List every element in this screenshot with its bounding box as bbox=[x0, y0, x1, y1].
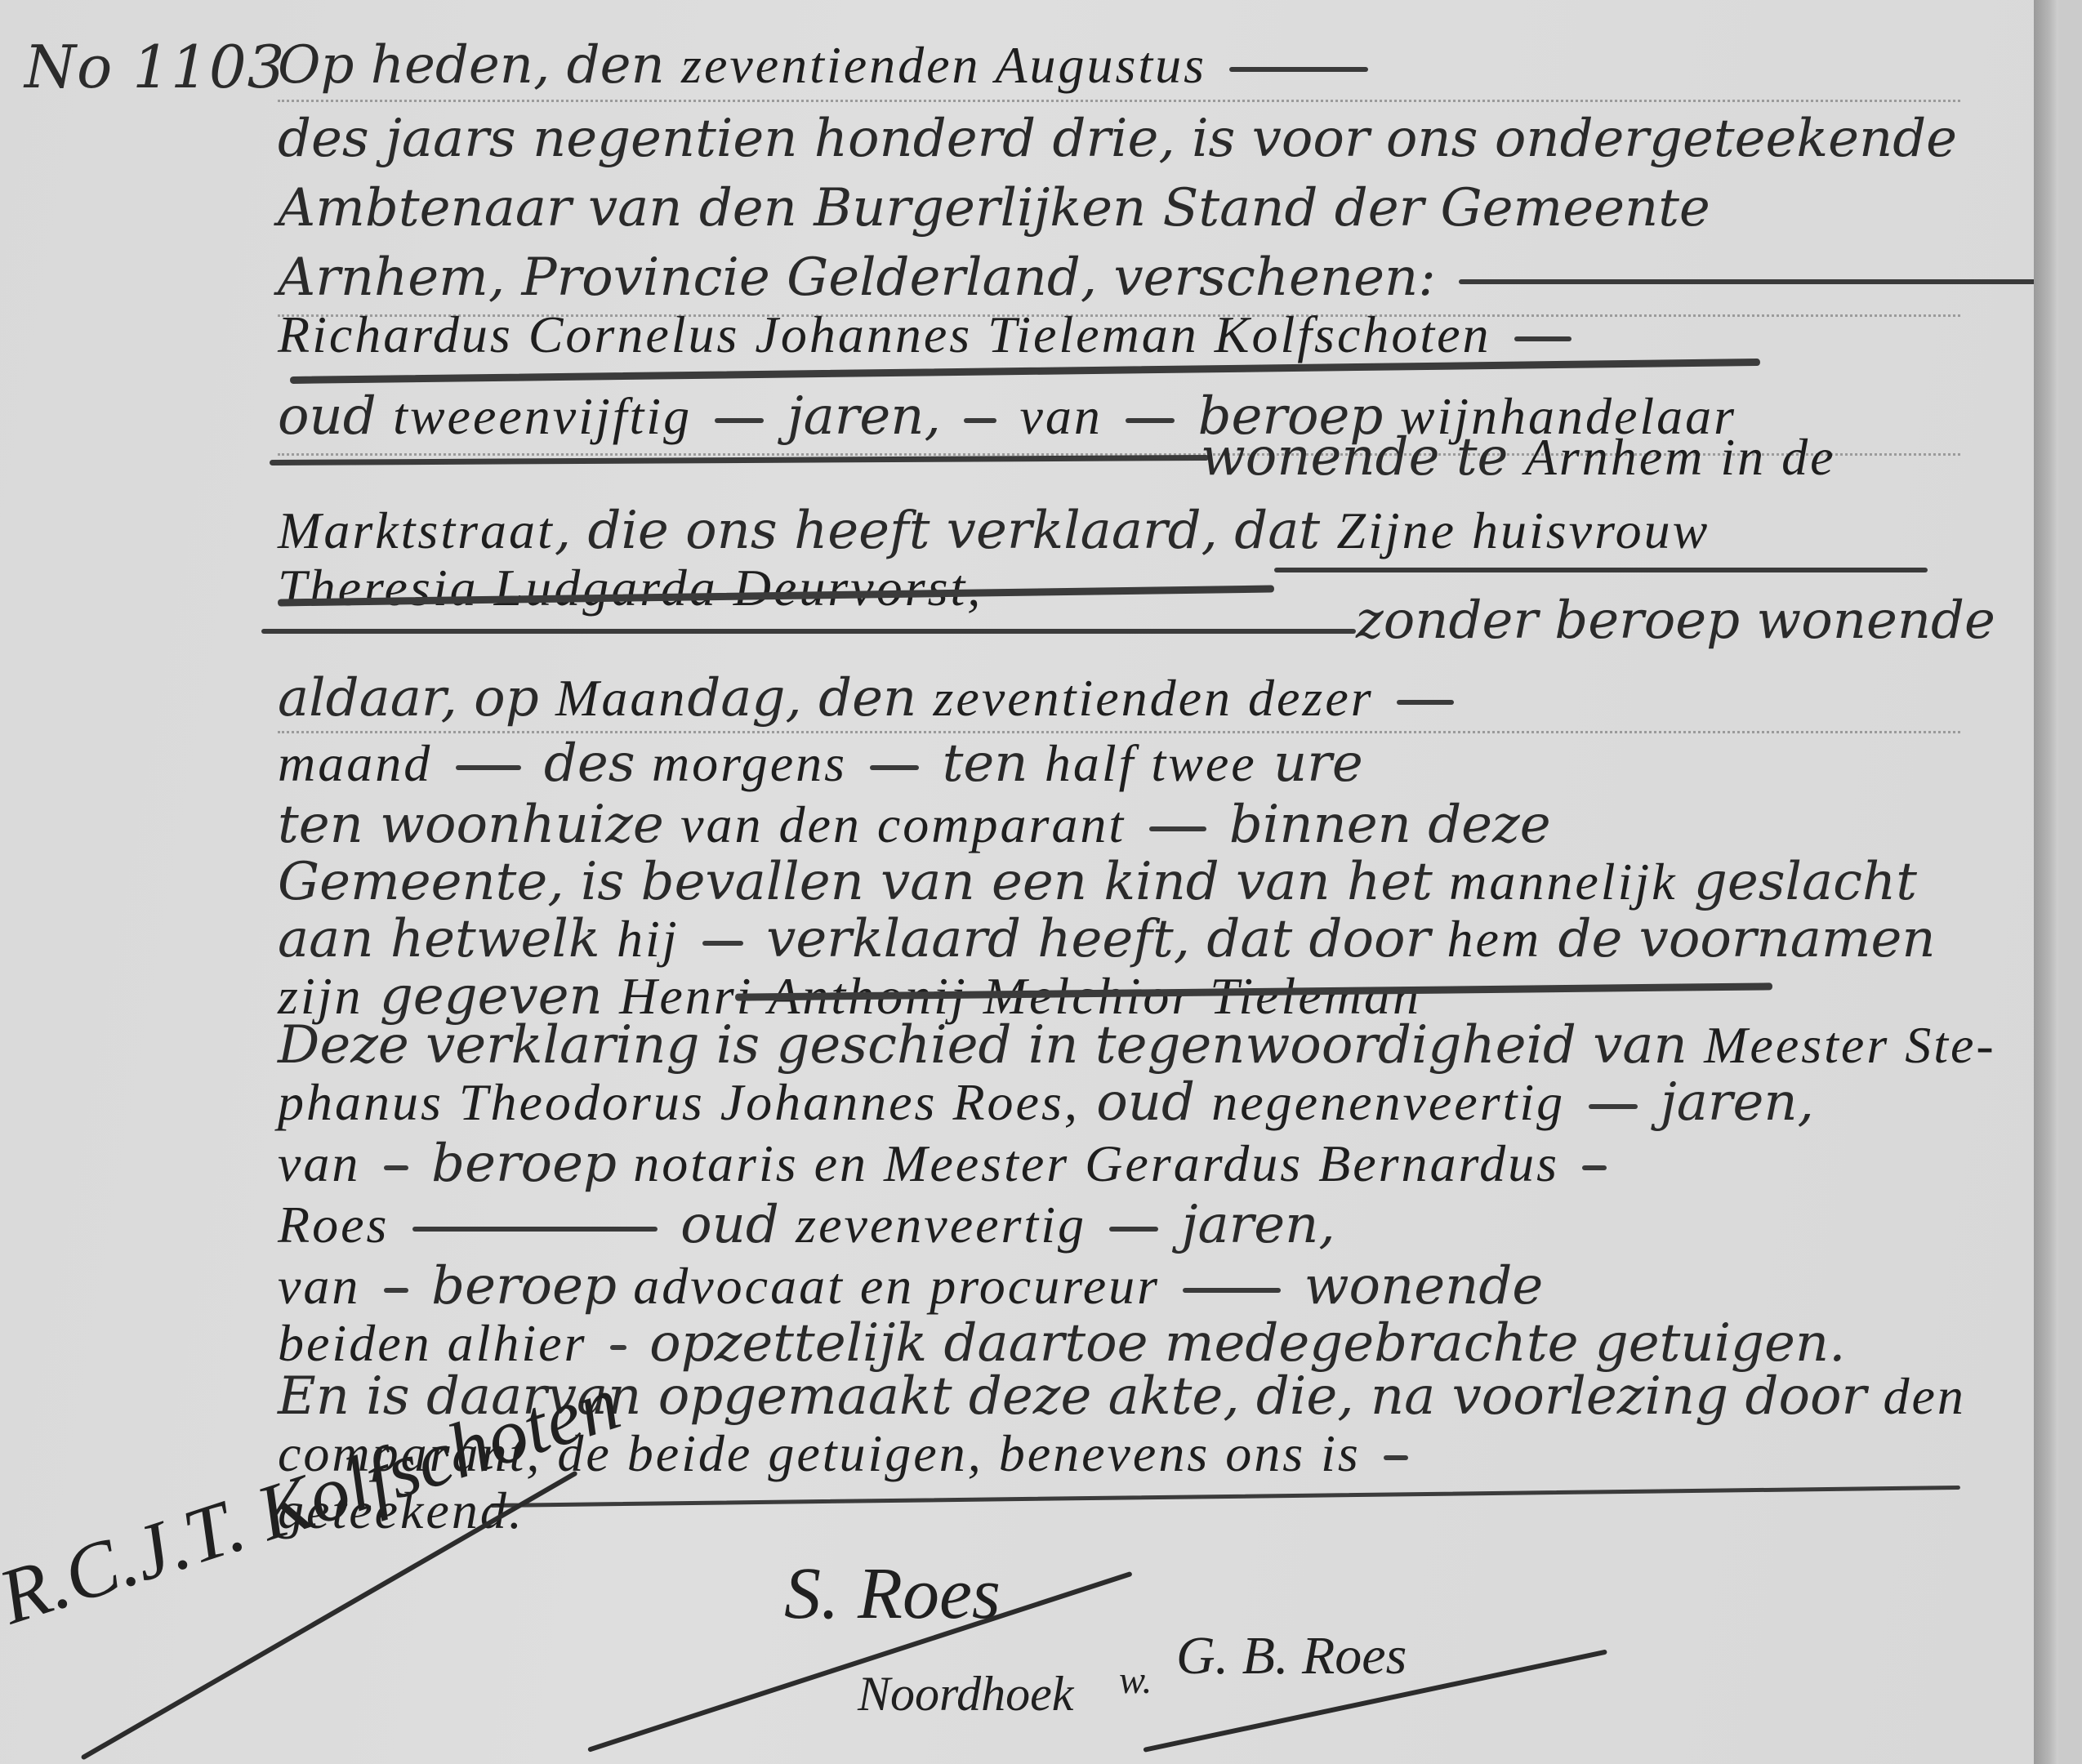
signature-registrar: Noordhoek bbox=[858, 1666, 1073, 1722]
text-line-4: Arnhem, Provincie Gelderland, verschenen… bbox=[278, 245, 1960, 310]
birth-date: zeventienden dezer bbox=[934, 669, 1374, 727]
text-line-14: Gemeente, is bevallen van een kind van h… bbox=[278, 849, 1960, 915]
fill-rule bbox=[870, 765, 919, 770]
register-page: No 1103 Op heden, den zeventienden Augus… bbox=[0, 0, 2034, 1764]
record-number: No 1103 bbox=[25, 33, 285, 101]
printed-text: Gemeente, is bevallen van een kind van h… bbox=[278, 852, 1433, 912]
birth-hour: half twee bbox=[1045, 734, 1257, 792]
handwritten-text: den bbox=[1883, 1367, 1965, 1425]
signature-witness-2: G. B. Roes bbox=[1176, 1625, 1407, 1687]
text-line-19: van beroep notaris en Meester Gerardus B… bbox=[278, 1131, 1960, 1196]
fill-rule bbox=[270, 455, 1209, 465]
signature-prefix: w. bbox=[1119, 1658, 1152, 1703]
text-line-5: Richardus Cornelus Johannes Tieleman Kol… bbox=[278, 302, 1960, 367]
printed-text: Deze verklaring is geschied in tegenwoor… bbox=[278, 1015, 1687, 1076]
fill-rule bbox=[1229, 67, 1368, 72]
fill-rule bbox=[1109, 1227, 1158, 1232]
printed-text: geslacht bbox=[1694, 852, 1917, 912]
printed-text: dag, den bbox=[687, 668, 916, 728]
time-of-day: morgens bbox=[652, 734, 847, 792]
text-line-15: aan hetwelk hij verklaard heeft, dat doo… bbox=[278, 906, 1960, 972]
fill-rule bbox=[456, 765, 521, 770]
printed-text: beroep bbox=[431, 1256, 617, 1316]
printed-text: jaren, bbox=[1182, 1195, 1335, 1255]
day-of-week: Maan bbox=[555, 669, 687, 727]
handwritten-text: maand bbox=[278, 734, 432, 792]
printed-text: ten woonhuize bbox=[278, 795, 664, 855]
father-age: tweeenvijftig bbox=[393, 387, 692, 445]
text-line-20: Roes oud zevenveertig jaren, bbox=[278, 1192, 1960, 1258]
printed-text: oud bbox=[680, 1195, 779, 1255]
fill-rule bbox=[1582, 1165, 1607, 1170]
text-line-7: wonende te Arnhem in de bbox=[1201, 425, 1936, 490]
fill-rule bbox=[715, 418, 764, 423]
witness-2-age: zevenveertig bbox=[796, 1196, 1086, 1254]
text-line-25: geteekend. bbox=[278, 1478, 1960, 1543]
text-line-2: des jaars negentien honderd drie, is voo… bbox=[278, 106, 1960, 171]
witness-1-occupation: notaris en Meester Gerardus Bernardus bbox=[633, 1134, 1559, 1192]
printed-text: Op heden, den bbox=[278, 35, 665, 96]
fill-rule bbox=[964, 418, 996, 423]
printed-text: beroep bbox=[431, 1134, 617, 1194]
printed-text: jaren, bbox=[787, 386, 941, 447]
fill-rule bbox=[1149, 826, 1206, 831]
printed-text: wonende te bbox=[1201, 427, 1508, 488]
printed-text: binnen deze bbox=[1229, 795, 1551, 855]
printed-text: wonende bbox=[1304, 1256, 1543, 1316]
signature-area: R.C.J.T. Kolfschoten S. Roes Noordhoek w… bbox=[0, 1535, 2034, 1764]
fill-rule bbox=[610, 1345, 626, 1350]
printed-text: jaren, bbox=[1661, 1072, 1814, 1133]
witness-2-surname: Roes bbox=[278, 1196, 389, 1254]
father-residence: Arnhem in de bbox=[1525, 428, 1836, 486]
printed-text: oud bbox=[1096, 1072, 1195, 1133]
handwritten-text: van bbox=[278, 1134, 360, 1192]
fill-rule bbox=[1274, 568, 1928, 572]
birth-place: van den comparant bbox=[680, 795, 1126, 853]
fill-rule bbox=[1514, 336, 1572, 341]
printed-text: , die ons heeft verklaard, dat bbox=[555, 501, 1320, 561]
printed-text: zonder beroep wonende bbox=[1356, 590, 1995, 651]
street-name: Marktstraat bbox=[278, 501, 555, 559]
fill-rule bbox=[702, 941, 743, 946]
fill-rule bbox=[384, 1165, 408, 1170]
text-line-1: Op heden, den zeventienden Augustus bbox=[278, 33, 1960, 98]
text-line-21: van beroep advocaat en procureur wonende bbox=[278, 1254, 1960, 1319]
text-line-12: maand des morgens ten half twee ure bbox=[278, 731, 1960, 796]
fill-rule bbox=[1384, 1455, 1408, 1460]
printed-text: oud bbox=[278, 386, 377, 447]
witness-title: Meester Ste- bbox=[1704, 1016, 1996, 1074]
witness-2-occupation: advocaat en procureur bbox=[633, 1257, 1160, 1315]
printed-text: Arnhem, Provincie Gelderland, verschenen… bbox=[278, 247, 1436, 308]
printed-text: ten bbox=[943, 733, 1028, 794]
fill-rule bbox=[384, 1288, 408, 1293]
handwritten-text: hij bbox=[617, 910, 680, 968]
text-line-8: Marktstraat, die ons heeft verklaard, da… bbox=[278, 498, 1960, 563]
handwritten-text: van bbox=[278, 1257, 360, 1315]
text-line-10: zonder beroep wonende bbox=[1356, 588, 1928, 653]
text-line-11: aldaar, op Maandag, den zeventienden dez… bbox=[278, 666, 1960, 731]
witness-1-age: negenenveertig bbox=[1211, 1073, 1565, 1131]
mother-name: Theresia Ludgarda Deurvorst, bbox=[278, 559, 983, 617]
text-line-13: ten woonhuize van den comparant binnen d… bbox=[278, 792, 1960, 857]
printed-text: ure bbox=[1273, 733, 1363, 794]
text-line-18: phanus Theodorus Johannes Roes, oud nege… bbox=[278, 1070, 1960, 1135]
page-edge bbox=[2034, 0, 2058, 1764]
printed-text: aldaar, op bbox=[278, 668, 539, 728]
fill-rule bbox=[412, 1227, 658, 1232]
printed-text: Ambtenaar van den Burgerlijken Stand der… bbox=[278, 178, 1710, 238]
handwritten-text: Zijne huisvrouw bbox=[1336, 501, 1710, 559]
text-line-3: Ambtenaar van den Burgerlijken Stand der… bbox=[278, 176, 1960, 241]
text-line-17: Deze verklaring is geschied in tegenwoor… bbox=[278, 1013, 1960, 1078]
printed-text: de voornamen bbox=[1558, 909, 1935, 969]
handwritten-date: zeventienden Augustus bbox=[681, 36, 1206, 94]
handwritten-text: hem bbox=[1447, 910, 1542, 968]
fill-rule bbox=[1126, 418, 1175, 423]
fill-rule bbox=[1589, 1104, 1638, 1109]
fill-rule bbox=[1397, 700, 1454, 705]
fill-rule bbox=[261, 629, 1356, 634]
adjacent-page bbox=[2058, 0, 2082, 1764]
printed-text: des jaars negentien honderd drie, is voo… bbox=[278, 109, 1957, 169]
handwritten-text: van bbox=[1019, 387, 1102, 445]
printed-text: verklaard heeft, dat door bbox=[766, 909, 1430, 969]
father-name: Richardus Cornelus Johannes Tieleman Kol… bbox=[278, 305, 1491, 363]
fill-rule bbox=[1459, 279, 2082, 284]
printed-text: aan hetwelk bbox=[278, 909, 600, 969]
witness-1-name: phanus Theodorus Johannes Roes, bbox=[278, 1073, 1080, 1131]
child-sex: mannelijk bbox=[1449, 853, 1677, 911]
printed-text: des bbox=[544, 733, 635, 794]
fill-rule bbox=[1183, 1288, 1281, 1293]
dotted-guide bbox=[278, 100, 1960, 102]
